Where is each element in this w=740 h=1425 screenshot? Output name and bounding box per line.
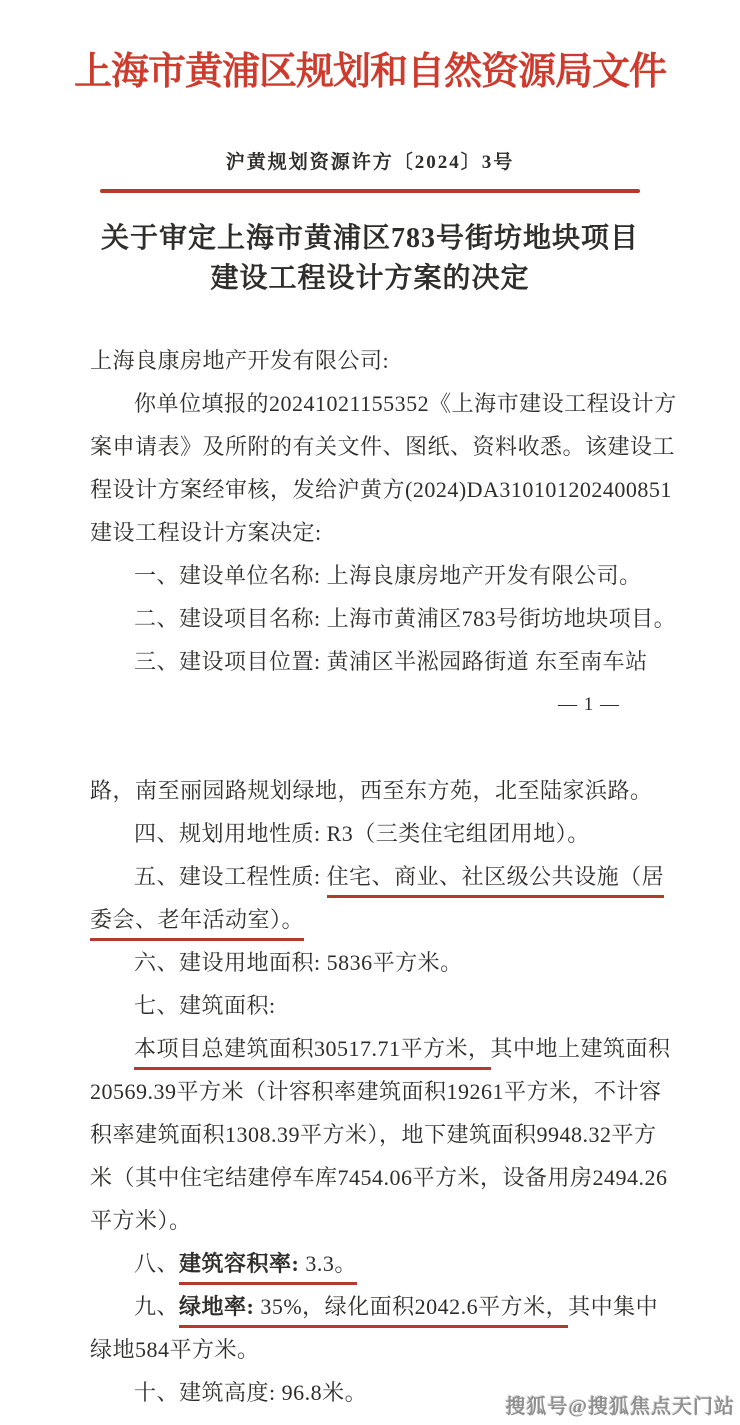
document-line: 你单位填报的20241021155352《上海市建设工程设计方 (90, 382, 656, 425)
document-line: 五、建设工程性质: 住宅、商业、社区级公共设施（居 (90, 855, 656, 898)
document-line: 米（其中住宅结建停车库7454.06平方米，设备用房2494.26 (90, 1156, 656, 1199)
document-line: 委会、老年活动室）。 (90, 898, 656, 941)
document-line: 二、建设项目名称: 上海市黄浦区783号街坊地块项目。 (90, 597, 656, 640)
doc-number: 沪黄规划资源许方〔2024〕3号 (0, 147, 740, 174)
text-segment: 十、建筑高度: 96.8米。 (134, 1380, 367, 1405)
red-underlined-text: 建筑容积率: (179, 1251, 305, 1285)
document-line: 六、建设用地面积: 5836平方米。 (90, 941, 656, 984)
page-gap (90, 726, 656, 769)
text-segment: 六、建设用地面积: 5836平方米。 (134, 950, 463, 975)
document-line: 绿地584平方米。 (90, 1328, 656, 1371)
text-segment: 二、建设项目名称: 上海市黄浦区783号街坊地块项目。 (134, 606, 676, 631)
document-line: 路，南至丽园路规划绿地，西至东方苑，北至陆家浜路。 (90, 769, 656, 812)
text-segment: 五、建设工程性质: (134, 864, 327, 889)
red-divider (100, 189, 640, 193)
document-line: 案申请表》及所附的有关文件、图纸、资料收悉。该建设工 (90, 425, 656, 468)
text-segment: 米（其中住宅结建停车库7454.06平方米，设备用房2494.26 (90, 1165, 668, 1190)
document-line: 九、绿地率: 35%，绿化面积2042.6平方米，其中集中 (90, 1285, 656, 1328)
document-line: 平方米）。 (90, 1199, 656, 1242)
document-line: 20569.39平方米（计容积率建筑面积19261平方米，不计容 (90, 1070, 656, 1113)
document-title-line2: 建设工程设计方案的决定 (0, 259, 740, 299)
red-underlined-text: 35%，绿化面积2042.6平方米， (260, 1294, 568, 1328)
text-segment: 八、 (134, 1251, 179, 1276)
document-line: 程设计方案经审核，发给沪黄方(2024)DA310101202400851 (90, 468, 656, 511)
text-segment: 九、 (134, 1294, 179, 1319)
document-line: 三、建设项目位置: 黄浦区半淞园路街道 东至南车站 (90, 640, 656, 683)
text-segment: 一、建设单位名称: 上海良康房地产开发有限公司。 (134, 563, 642, 588)
text-segment: — 1 — (558, 694, 620, 715)
red-underlined-text: 3.3。 (305, 1251, 357, 1285)
text-segment: 程设计方案经审核，发给沪黄方(2024)DA310101202400851 (90, 477, 672, 502)
document-line: 上海良康房地产开发有限公司: (90, 339, 656, 382)
document-line: 四、规划用地性质: R3（三类住宅组团用地）。 (90, 812, 656, 855)
document-line: 建设工程设计方案决定: (90, 511, 656, 554)
document-title: 关于审定上海市黄浦区783号街坊地块项目 建设工程设计方案的决定 (0, 219, 740, 299)
document-page: 上海市黄浦区规划和自然资源局文件 沪黄规划资源许方〔2024〕3号 关于审定上海… (0, 0, 740, 1425)
red-underlined-text: 委会、老年活动室）。 (90, 907, 304, 941)
document-line: 八、建筑容积率: 3.3。 (90, 1242, 656, 1285)
text-segment: 你单位填报的20241021155352《上海市建设工程设计方 (134, 391, 677, 416)
text-segment: 20569.39平方米（计容积率建筑面积19261平方米，不计容 (90, 1079, 662, 1104)
document-line: 积率建筑面积1308.39平方米），地下建筑面积9948.32平方 (90, 1113, 656, 1156)
agency-title: 上海市黄浦区规划和自然资源局文件 (0, 0, 740, 95)
watermark: 搜狐号@搜狐焦点天门站 (505, 1390, 735, 1419)
document-line: 本项目总建筑面积30517.71平方米，其中地上建筑面积 (90, 1027, 656, 1070)
text-segment: 四、规划用地性质: R3（三类住宅组团用地）。 (134, 821, 590, 846)
red-underlined-text: 住宅、商业、社区级公共设施（居 (327, 864, 665, 898)
text-segment: 其中集中 (568, 1294, 658, 1319)
document-line: 七、建筑面积: (90, 984, 656, 1027)
text-segment: 路，南至丽园路规划绿地，西至东方苑，北至陆家浜路。 (90, 778, 653, 803)
document-line: 一、建设单位名称: 上海良康房地产开发有限公司。 (90, 554, 656, 597)
text-segment: 七、建筑面积: (134, 993, 276, 1018)
page-number: — 1 — (90, 683, 656, 726)
text-segment: 三、建设项目位置: 黄浦区半淞园路街道 东至南车站 (134, 649, 648, 674)
text-segment: 案申请表》及所附的有关文件、图纸、资料收悉。该建设工 (90, 434, 675, 459)
text-segment: 绿地584平方米。 (90, 1337, 260, 1362)
text-segment: 平方米）。 (90, 1208, 192, 1233)
text-segment: 建设工程设计方案决定: (90, 520, 322, 545)
document-body: 上海良康房地产开发有限公司:你单位填报的20241021155352《上海市建设… (0, 339, 740, 1414)
text-segment: 上海良康房地产开发有限公司: (90, 348, 389, 373)
document-title-line1: 关于审定上海市黄浦区783号街坊地块项目 (0, 219, 740, 259)
text-segment: 积率建筑面积1308.39平方米），地下建筑面积9948.32平方 (90, 1122, 657, 1147)
text-segment: 其中地上建筑面积 (491, 1036, 671, 1061)
red-underlined-text: 绿地率: (179, 1294, 260, 1328)
red-underlined-text: 本项目总建筑面积30517.71平方米， (134, 1036, 491, 1070)
